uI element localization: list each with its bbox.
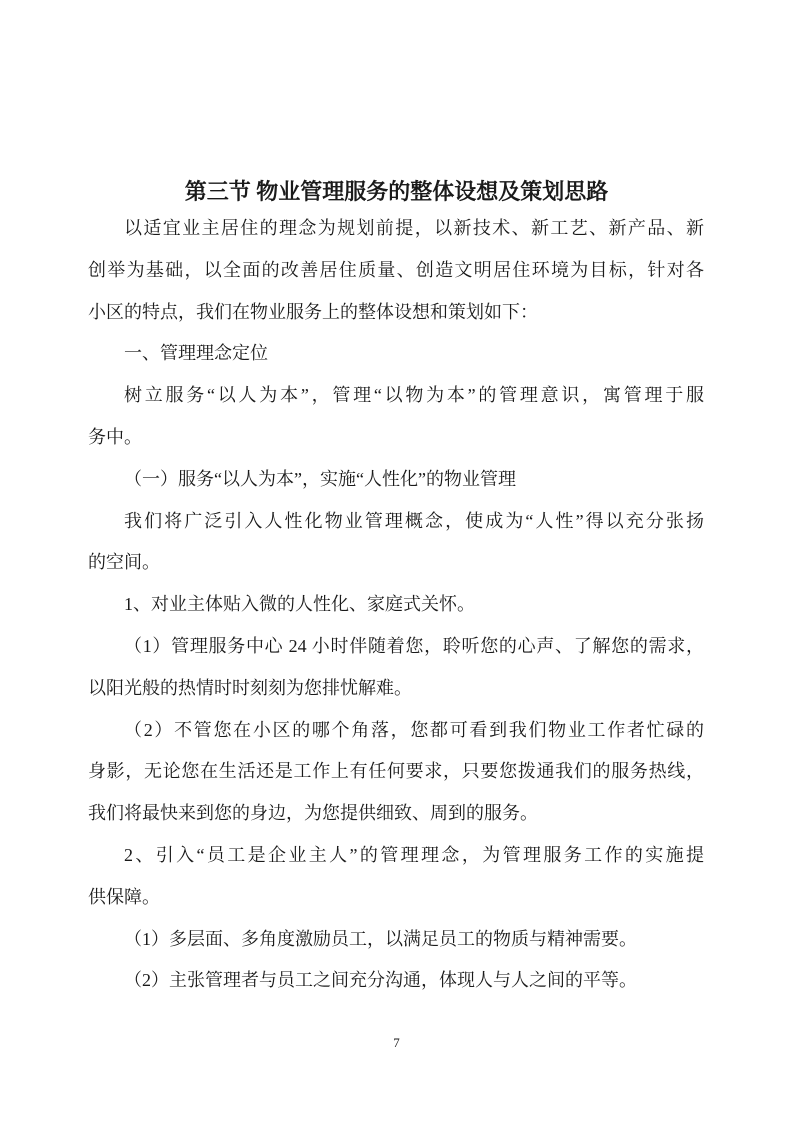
page-number: 7	[0, 1035, 793, 1051]
body-line: 的空间。	[88, 542, 704, 584]
document-page: 第三节 物业管理服务的整体设想及策划思路 以适宜业主居住的理念为规划前提，以新技…	[0, 0, 793, 1122]
body-line: 1、对业主体贴入微的人性化、家庭式关怀。	[88, 584, 704, 626]
body-line: 我们将最快来到您的身边，为您提供细致、周到的服务。	[88, 793, 704, 835]
body-line: 供保障。	[88, 877, 704, 919]
body-line: 我们将广泛引入人性化物业管理概念，使成为“人性”得以充分张扬	[88, 501, 704, 543]
body-line: （2）主张管理者与员工之间充分沟通，体现人与人之间的平等。	[88, 960, 704, 1002]
body-line: （1）多层面、多角度激励员工，以满足员工的物质与精神需要。	[88, 919, 704, 961]
body-line: 树立服务“以人为本”，管理“以物为本”的管理意识，寓管理于服	[88, 375, 704, 417]
body-line: （一）服务“以人为本”，实施“人性化”的物业管理	[88, 459, 704, 501]
body-line: （2）不管您在小区的哪个角落，您都可看到我们物业工作者忙碌的	[88, 710, 704, 752]
body-line: 以阳光般的热情时时刻刻为您排忧解难。	[88, 668, 704, 710]
body-line: 务中。	[88, 417, 704, 459]
body-line: 以适宜业主居住的理念为规划前提，以新技术、新工艺、新产品、新	[88, 208, 704, 250]
body-line: 小区的特点，我们在物业服务上的整体设想和策划如下：	[88, 292, 704, 334]
body-line: 一、管理理念定位	[88, 333, 704, 375]
body-line: 身影，无论您在生活还是工作上有任何要求，只要您拨通我们的服务热线，	[88, 751, 704, 793]
body-line: 创举为基础，以全面的改善居住质量、创造文明居住环境为目标，针对各	[88, 250, 704, 292]
document-body: 以适宜业主居住的理念为规划前提，以新技术、新工艺、新产品、新 创举为基础，以全面…	[88, 208, 704, 1002]
body-line: （1）管理服务中心 24 小时伴随着您，聆听您的心声、了解您的需求，	[88, 626, 704, 668]
body-line: 2、引入“员工是企业主人”的管理理念，为管理服务工作的实施提	[88, 835, 704, 877]
section-title: 第三节 物业管理服务的整体设想及策划思路	[0, 179, 793, 205]
